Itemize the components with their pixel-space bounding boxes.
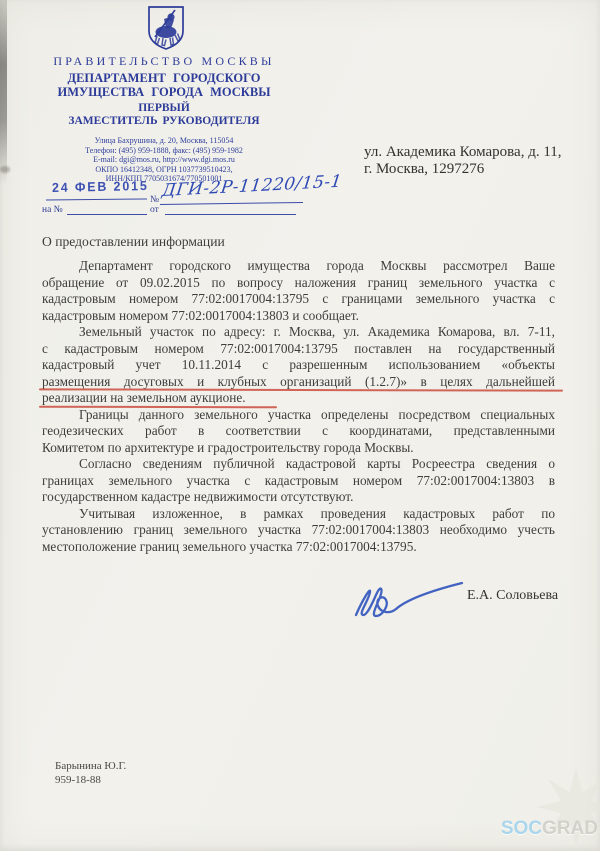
reply-number-label: на № bbox=[42, 205, 63, 215]
body-line: с кадастровым номером 77:02:0017004:1379… bbox=[42, 341, 555, 358]
number-line bbox=[160, 202, 303, 205]
body-line: геодезических работ в соответствии с коо… bbox=[42, 423, 555, 440]
watermark-logo-part1: SOC bbox=[501, 818, 542, 839]
signature-ink bbox=[340, 577, 470, 625]
reply-date-line bbox=[165, 214, 296, 215]
official-line2: ЗАМЕСТИТЕЛЬ РУКОВОДИТЕЛЯ bbox=[18, 115, 310, 128]
scan-smudge bbox=[0, 166, 10, 173]
recipient-address: ул. Академика Комарова, д. 11, г. Москва… bbox=[364, 144, 562, 178]
subject-line: О предоставлении информации bbox=[42, 234, 225, 250]
watermark-logo-part2: GRAD bbox=[542, 818, 598, 839]
executor-block: Барынина Ю.Г. 959-18-88 bbox=[55, 760, 126, 787]
moscow-coat-of-arms-icon bbox=[147, 5, 185, 51]
recipient-street: ул. Академика Комарова, д. 11, bbox=[364, 144, 562, 161]
body-line: местоположение границ земельного участка… bbox=[42, 539, 555, 556]
body-line: установлению границ земельного участка 7… bbox=[42, 522, 555, 539]
body-line: границах земельного участка с кадастровы… bbox=[42, 473, 555, 490]
official-line1: ПЕРВЫЙ bbox=[18, 102, 310, 115]
body-line: Земельный участок по адресу: г. Москва, … bbox=[42, 324, 555, 341]
body-line: обращение от 09.02.2015 по вопросу налож… bbox=[42, 275, 555, 292]
letterhead-email: E-mail: dgi@mos.ru, http://www.dgi.mos.r… bbox=[18, 155, 310, 165]
scan-edge-shadow bbox=[0, 0, 7, 185]
body-line: кадастровым номером 77:02:0017004:13795 … bbox=[42, 291, 555, 308]
body-line: Границы данного земельного участка опред… bbox=[42, 407, 555, 424]
body-line: Учитывая изложенное, в рамках проведения… bbox=[42, 506, 555, 523]
body-line: государственном кадастре недвижимости от… bbox=[42, 489, 555, 506]
body-line-red-underlined: реализации на земельном аукционе. bbox=[42, 390, 555, 407]
department-title: ДЕПАРТАМЕНТ ГОРОДСКОГО ИМУЩЕСТВА ГОРОДА … bbox=[18, 72, 310, 99]
department-line1: ДЕПАРТАМЕНТ ГОРОДСКОГО bbox=[18, 72, 310, 86]
department-line2: ИМУЩЕСТВА ГОРОДА МОСКВЫ bbox=[18, 86, 310, 100]
scanned-letter-page: ПРАВИТЕЛЬСТВО МОСКВЫ ДЕПАРТАМЕНТ ГОРОДСК… bbox=[0, 0, 600, 851]
body-line: кадастровый учет 10.11.2014 с разрешенны… bbox=[42, 357, 555, 374]
recipient-city: г. Москва, 1297276 bbox=[364, 161, 562, 178]
body-line: Департамент городского имущества города … bbox=[42, 258, 555, 275]
reply-date-label: от bbox=[150, 205, 159, 215]
body-line: кадастровым номером 77:02:0017004:13803 … bbox=[42, 308, 555, 325]
body-line: Согласно сведениям публичной кадастровой… bbox=[42, 456, 555, 473]
official-title: ПЕРВЫЙ ЗАМЕСТИТЕЛЬ РУКОВОДИТЕЛЯ bbox=[18, 102, 310, 127]
letterhead-okpo-ogrn: ОКПО 16412348, ОГРН 1037739510423, bbox=[18, 165, 310, 175]
signer-name: Е.А. Соловьева bbox=[467, 588, 558, 604]
incoming-date-stamp: 24 ФЕВ 2015 bbox=[52, 178, 149, 195]
executor-phone: 959-18-88 bbox=[55, 774, 126, 788]
government-title: ПРАВИТЕЛЬСТВО МОСКВЫ bbox=[18, 54, 310, 69]
body-line-red-underlined: размещения досуговых и клубных организац… bbox=[42, 374, 555, 391]
body-line: Комитетом по архитектуре и градостроител… bbox=[42, 440, 555, 457]
letterhead-phone: Телефон: (495) 959-1888, факс: (495) 959… bbox=[18, 146, 310, 156]
watermark-logo: SOCGRAD bbox=[501, 818, 598, 840]
date-line bbox=[46, 198, 147, 200]
letterhead-address: Улица Бахрушина, д. 20, Москва, 115054 bbox=[18, 136, 310, 146]
number-label: № bbox=[150, 195, 159, 205]
reply-number-line bbox=[67, 214, 147, 215]
letter-body: Департамент городского имущества города … bbox=[42, 258, 555, 555]
executor-name: Барынина Ю.Г. bbox=[55, 760, 126, 774]
